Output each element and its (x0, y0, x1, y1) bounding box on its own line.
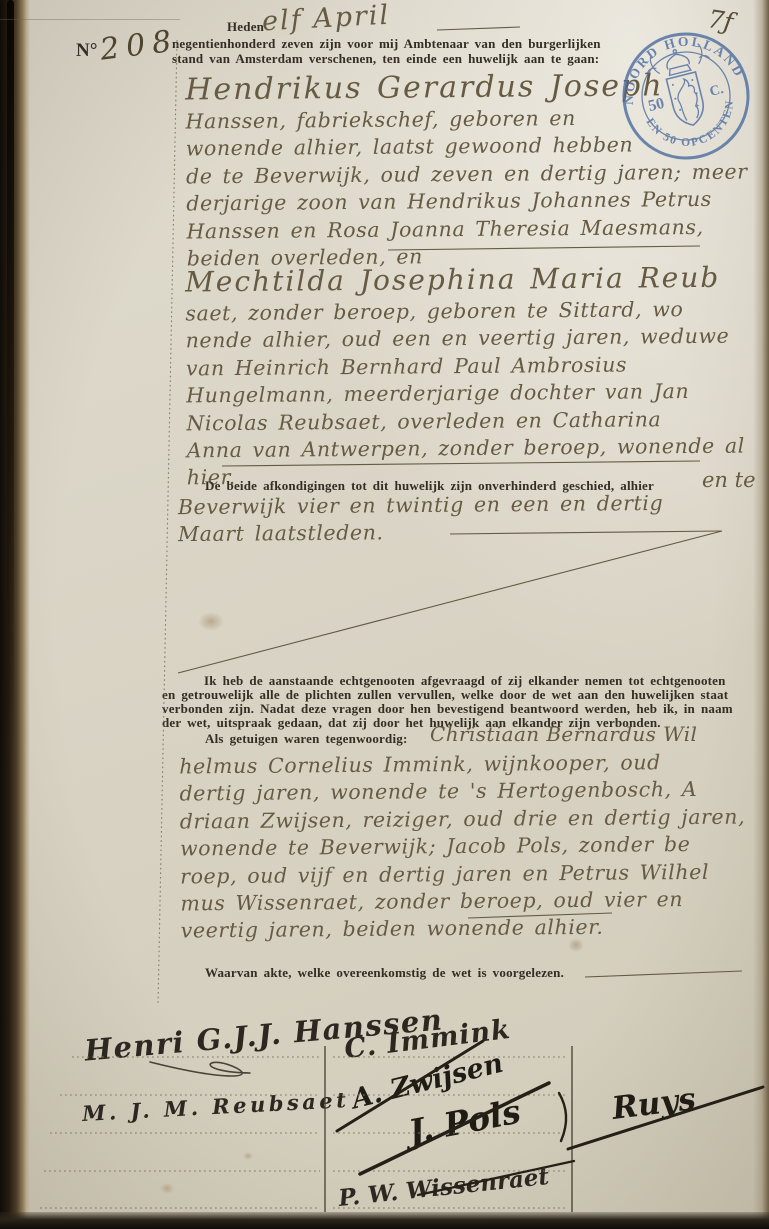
act-number: 208 (98, 23, 180, 67)
blank-space-diagonal-rule (178, 531, 722, 673)
hanssen-flourish (150, 1062, 250, 1076)
act-number-label: N° (76, 40, 98, 62)
stamp-left-value: 50 (646, 95, 666, 115)
signature-witness-wissenraet: P. W. Wissenraet (337, 1163, 550, 1212)
text-line: wonende te Beverwijk; Jacob Pols, zonder… (180, 831, 746, 863)
text-line: en getrouwelijk alle de plichten zullen … (162, 688, 733, 702)
book-binding-edge (0, 0, 30, 1229)
paper-stain (243, 1152, 253, 1160)
stamp-right-value: C. (708, 82, 725, 100)
text-line: Hanssen en Rosa Joanna Theresia Maesmans… (186, 213, 748, 245)
text-line: verbonden zijn. Nadat deze vragen door h… (162, 702, 733, 716)
witness-hand-inline: Christiaan Bernardus Wil (430, 722, 697, 746)
banns-hand-inline: en te (702, 468, 756, 492)
date-filler-rule (437, 27, 520, 30)
paper-stain (160, 1183, 174, 1194)
text-line: Maart laatstleden. (178, 517, 664, 549)
text-line: Mechtilda Josephina Maria Reub (185, 260, 744, 301)
text-line: mus Wissenraet, zonder beroep, oud vier … (180, 885, 746, 917)
signature-registrar: Ruys (610, 1081, 698, 1127)
page-bottom-edge (0, 1212, 769, 1229)
signature-witness-pols: J. Pols (405, 1092, 523, 1152)
text-line: Ik heb de aanstaande echtgenooten afgevr… (162, 674, 733, 688)
text-line: Beverwijk vier en twintig en een en dert… (178, 490, 664, 522)
closing-printed: Waarvan akte, welke overeenkomstig de we… (205, 965, 564, 981)
bride-entry: Mechtilda Josephina Maria Reubsaet, zond… (185, 260, 745, 493)
margin-dotted-line (158, 40, 177, 1005)
text-line: derjarige zoon van Hendrikus Johannes Pe… (186, 186, 748, 218)
marriage-certificate-scan: 7ƒ N° 208 Heden elf April negentienhonde… (0, 0, 769, 1229)
witness-intro-printed: Als getuigen waren tegenwoordig: (205, 731, 408, 747)
text-line: Hungelmann, meerderjarige dochter van Ja… (186, 378, 744, 410)
page-right-edge (753, 0, 769, 1229)
binding-crack (7, 0, 14, 760)
paper-crease (0, 19, 180, 20)
registrar-paraph (559, 1093, 566, 1141)
closing-filler-rule (585, 971, 742, 977)
witnesses-entry: helmus Cornelius Immink, wijnkooper, oud… (179, 749, 746, 946)
header-line3: stand van Amsterdam verschenen, ten eind… (172, 51, 599, 67)
paper-stain (198, 612, 224, 631)
text-line: Anna van Antwerpen, zonder beroep, wonen… (187, 433, 745, 465)
header-date-handwritten: elf April (261, 0, 391, 37)
text-line: nende alhier, oud een en veertig jaren, … (186, 323, 744, 355)
header-heden: Heden (227, 19, 264, 35)
banns-hand-lines: Beverwijk vier en twintig en een en dert… (178, 490, 664, 549)
text-line: veertig jaren, beiden wonende alhier. (181, 913, 747, 945)
signature-bride: M. J. M. Reubsaet (82, 1087, 350, 1126)
